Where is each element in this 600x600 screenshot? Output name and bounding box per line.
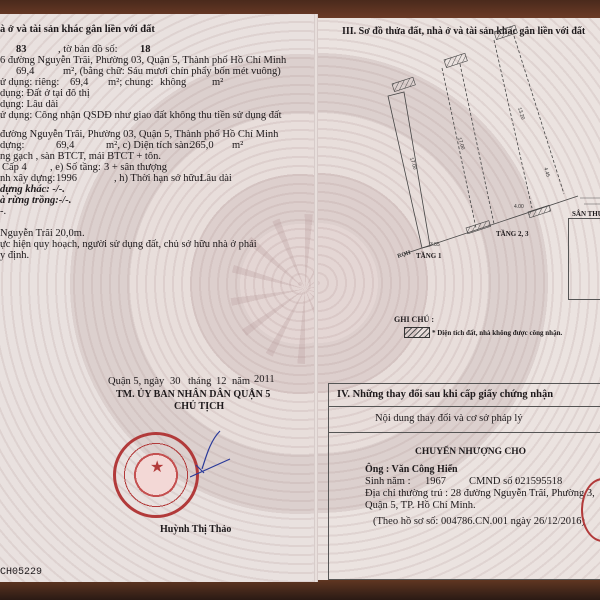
planted-forest: à rừng trồng:-/-. xyxy=(0,195,71,207)
legend-title: GHI CHÚ : xyxy=(394,314,434,326)
transfer-heading: CHUYỂN NHƯỢNG CHO xyxy=(415,446,526,458)
sign-month: 12 xyxy=(216,376,227,388)
birth-year-value: 1967 xyxy=(425,476,446,488)
perennial-trees: -. xyxy=(0,206,6,218)
floor-area-value: 265,0 xyxy=(190,140,214,152)
floor-plan-drawing: 17.00 17.00 13.20 4.45 3.85 4.00 RỌH xyxy=(318,18,600,258)
signature-mark xyxy=(190,429,240,479)
note-line-2: ực hiện quy hoạch, người sử dụng đất, ch… xyxy=(0,239,257,251)
svg-text:RỌH: RỌH xyxy=(397,250,412,258)
floor-area-unit: m² xyxy=(232,140,243,152)
sign-year: 2011 xyxy=(254,374,275,386)
svg-text:4.00: 4.00 xyxy=(514,204,524,210)
certificate-right-page: III. Sơ đồ thửa đất, nhà ở và tài sản kh… xyxy=(318,18,600,580)
id-number-value: 021595518 xyxy=(515,476,562,488)
sign-place-prefix: Quận 5, ngày xyxy=(108,376,164,388)
star-icon: ★ xyxy=(150,457,164,477)
floor-2-3-label: TẦNG 2, 3 xyxy=(496,228,528,240)
svg-text:4.45: 4.45 xyxy=(542,167,551,178)
left-page-header: à ở và tài sản khác gắn liền với đất xyxy=(0,24,155,36)
changes-column-header: Nội dung thay đổi và cơ sở pháp lý xyxy=(375,413,523,425)
legend-item: * Diện tích đất, nhà không được công nhậ… xyxy=(432,327,562,339)
changes-section: IV. Những thay đổi sau khi cấp giấy chứn… xyxy=(328,383,600,580)
sign-year-label: năm xyxy=(232,376,250,388)
section-iv-title: IV. Những thay đổi sau khi cấp giấy chứn… xyxy=(337,389,553,401)
shared-area-value: không xyxy=(160,77,186,89)
changes-title-row: IV. Những thay đổi sau khi cấp giấy chứn… xyxy=(329,384,600,407)
hatch-legend-swatch xyxy=(404,327,430,338)
certificate-serial: CH05229 xyxy=(0,567,42,579)
owner-address-line-2: Quận 5, TP. Hồ Chí Minh. xyxy=(365,500,476,512)
certificate-left-page: à ở và tài sản khác gắn liền với đất 83 … xyxy=(0,14,316,582)
id-number-label: CMND số : xyxy=(469,476,518,488)
dossier-reference: (Theo hồ sơ số: 004786.CN.001 ngày 26/12… xyxy=(373,516,585,528)
changes-header-row: Nội dung thay đổi và cơ sở pháp lý xyxy=(329,406,600,433)
shared-area-unit: m² xyxy=(212,77,223,89)
floor-1-label: TẦNG 1 xyxy=(416,250,441,262)
new-owner-name: Ông : Văn Công Hiển xyxy=(365,464,458,476)
official-seal: ★ xyxy=(113,432,199,518)
ownership-term-label: , h) Thời hạn sở hữu: xyxy=(114,173,202,185)
svg-text:17.00: 17.00 xyxy=(408,157,418,171)
rooftop-plan xyxy=(568,218,600,300)
ownership-term-value: Lâu dài xyxy=(200,173,232,185)
svg-text:17.00: 17.00 xyxy=(456,137,466,151)
note-line-3: y định. xyxy=(0,250,29,262)
land-origin: ử dụng: Công nhận QSDĐ như giao đất khôn… xyxy=(0,110,282,122)
issuing-authority: TM. ỦY BAN NHÂN DÂN QUẬN 5 xyxy=(116,389,270,401)
drum-sun-pattern xyxy=(230,214,316,364)
sign-day: 30 xyxy=(170,376,181,388)
owner-address-line-1: Địa chỉ thường trú : 28 đường Nguyễn Trã… xyxy=(365,488,595,500)
signatory-title: CHỦ TỊCH xyxy=(174,401,224,413)
shared-area-label: m²; chung: xyxy=(108,77,153,89)
svg-text:3.85: 3.85 xyxy=(430,242,440,248)
sign-month-label: tháng xyxy=(188,376,211,388)
birth-year-label: Sinh năm : xyxy=(365,476,411,488)
signer-name: Huỳnh Thị Thảo xyxy=(160,524,231,536)
svg-text:13.20: 13.20 xyxy=(516,107,526,121)
